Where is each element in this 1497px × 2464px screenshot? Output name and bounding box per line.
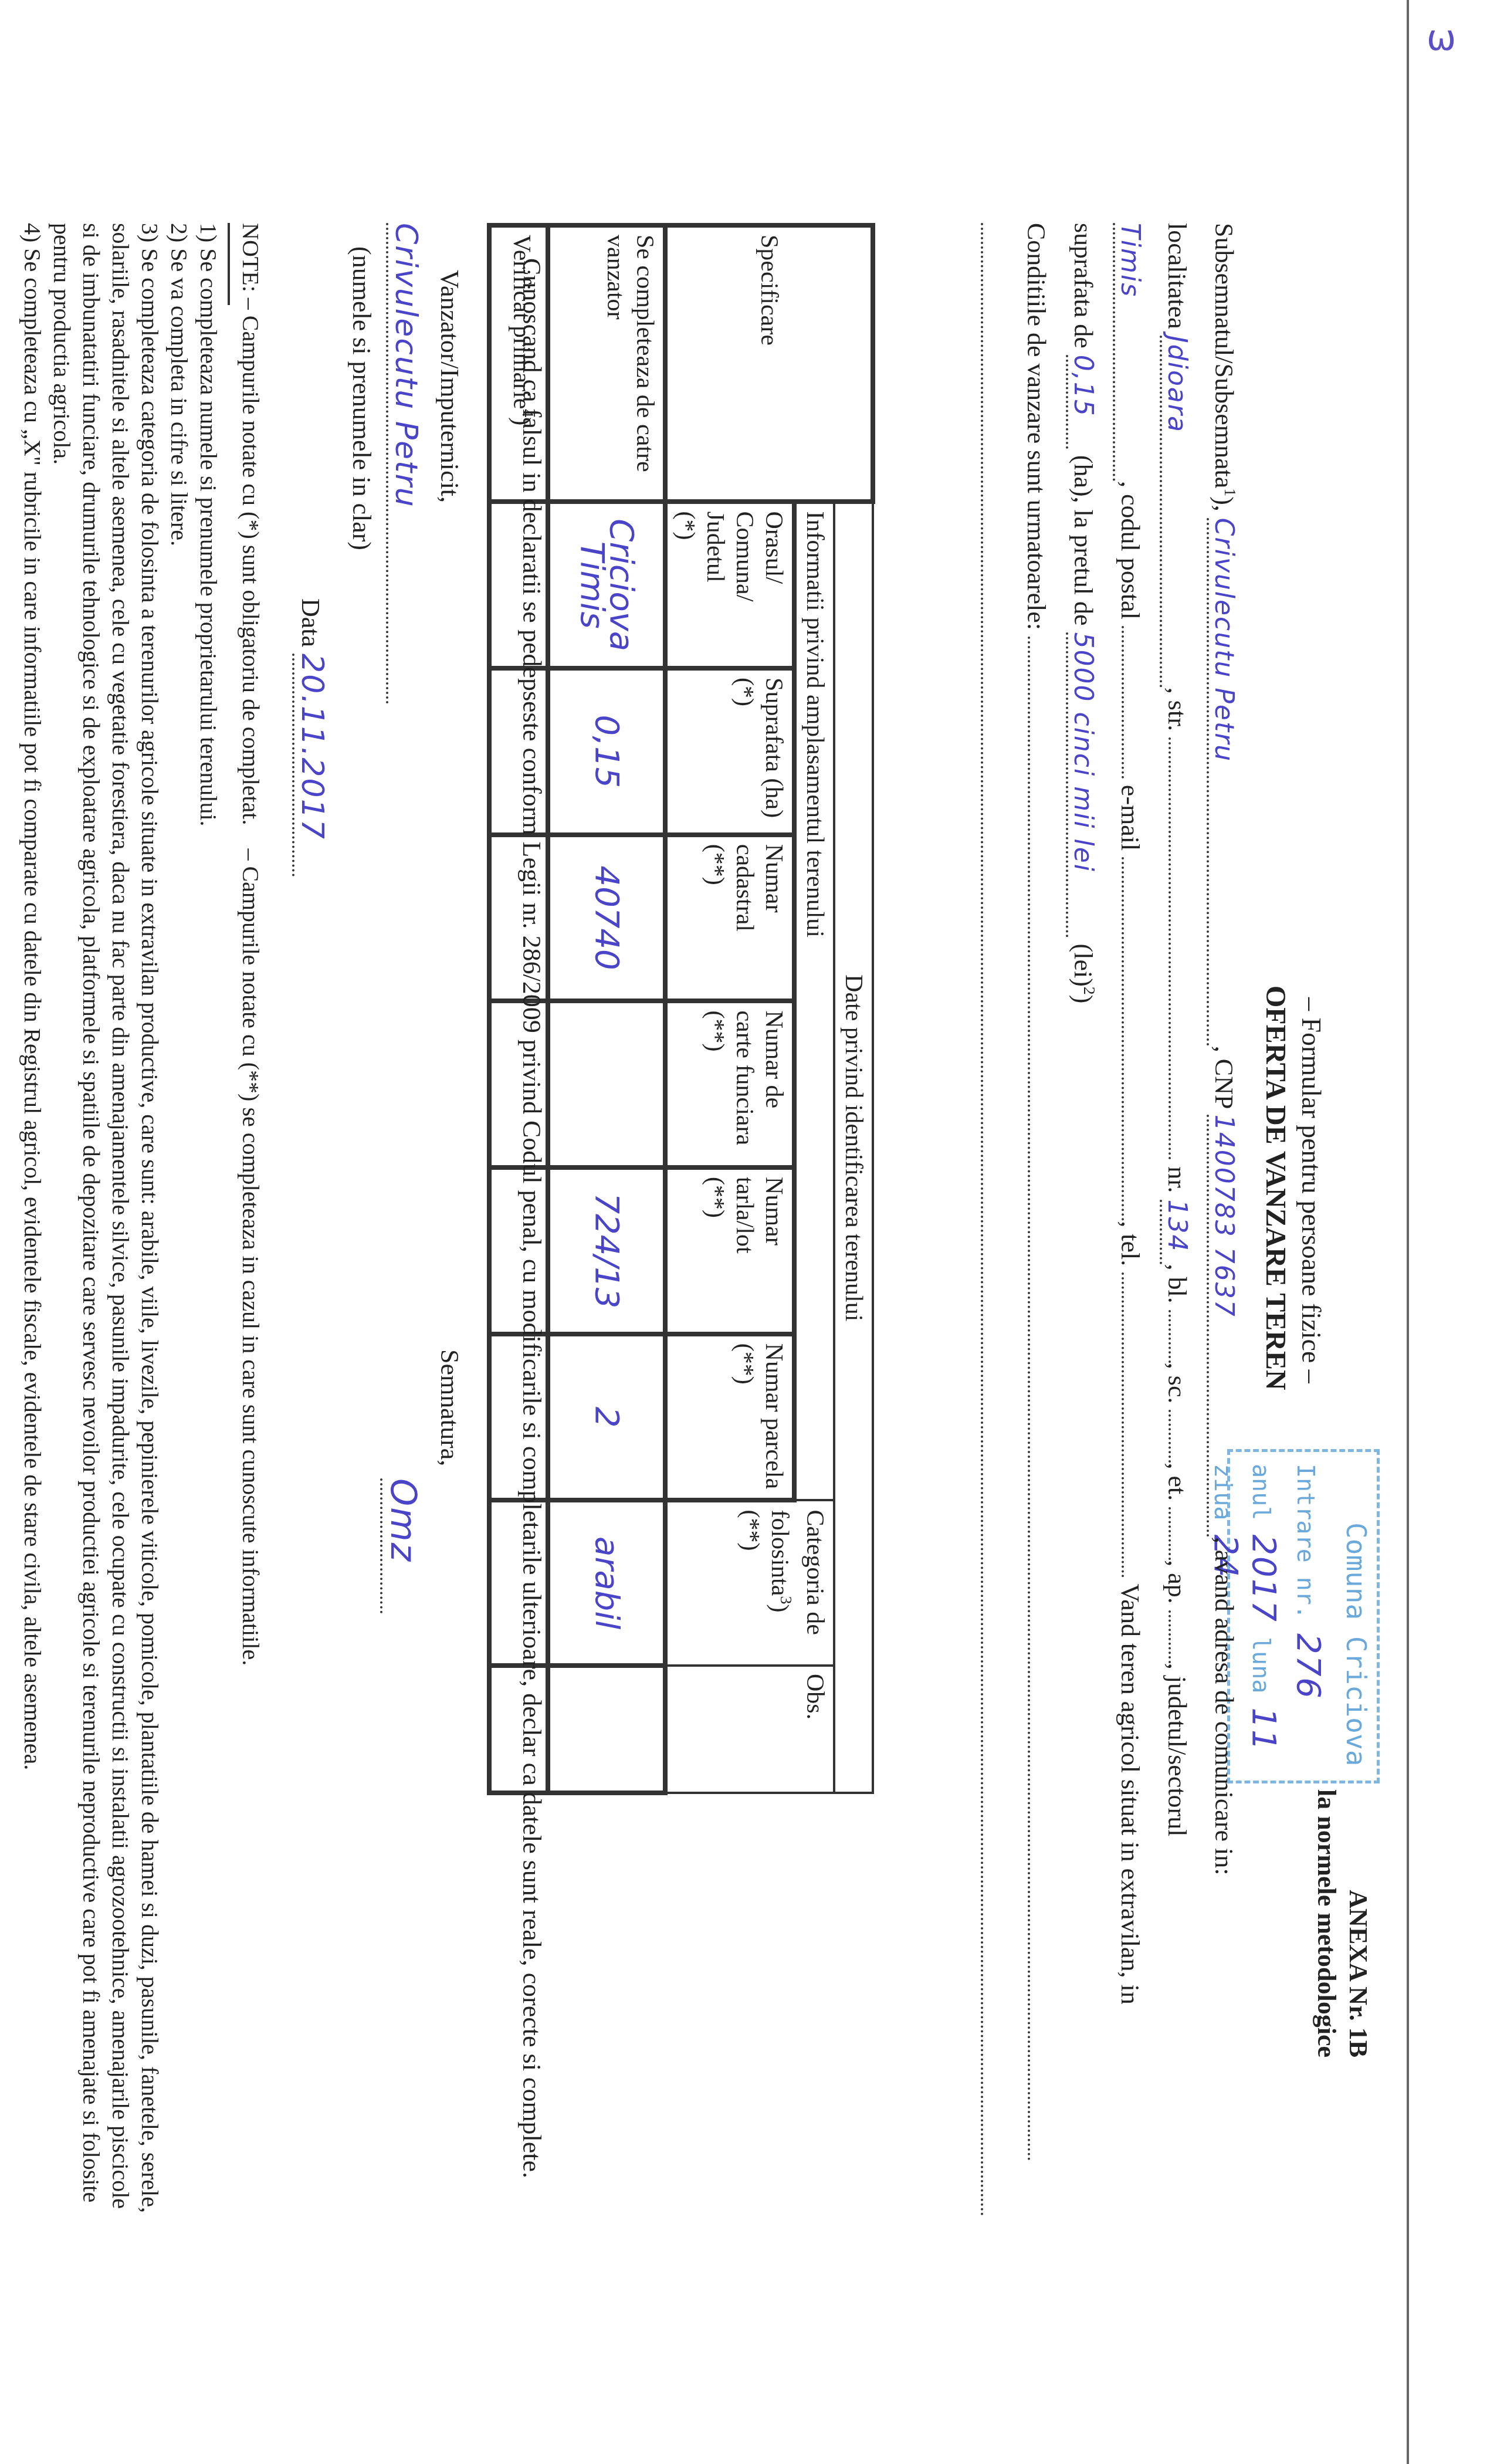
column-mark: (**) — [702, 844, 729, 885]
footnote-ref: 2 — [1080, 987, 1098, 995]
date-label: Data — [296, 598, 325, 647]
seller-line: Vanzator/Imputernicit, — [435, 270, 465, 503]
form-subtitle: – Formular pentru persoane fizice – — [1296, 997, 1327, 1383]
conditii-field-continued[interactable] — [981, 223, 983, 2218]
email-label: e-mail — [1116, 785, 1144, 851]
line-judet: Timis, codul postal e-mail , tel. Vand t… — [1113, 223, 1145, 2005]
tel-label: , tel. — [1116, 1221, 1144, 1266]
column-header: Categoria de folosinta3) (**) — [665, 1500, 834, 1666]
column-label: Numar cadastral — [731, 844, 787, 932]
column-header: Numar de carte funciara(**) — [665, 1001, 794, 1167]
cnp-label: CNP — [1210, 1059, 1238, 1108]
column-header: Obs. — [665, 1666, 834, 1793]
pret-field[interactable]: 5000 cinci mii lei — [1066, 632, 1098, 937]
vand-label: Vand teren agricol situat in extravilan,… — [1116, 1583, 1144, 2004]
table-cell[interactable] — [548, 1666, 665, 1793]
stamp-registration-number: 276 — [1289, 1633, 1327, 1700]
ap-field[interactable] — [1169, 1610, 1171, 1663]
footnote: 4) Se completeaza cu „X" rubricile in ca… — [18, 223, 47, 2218]
seller-caption: (numele si prenumele in clar) — [347, 246, 377, 550]
nr-label: nr. — [1163, 1166, 1191, 1193]
footnote-divider — [228, 223, 230, 305]
stamp-registration: Intrare nr. 276 — [1289, 1464, 1327, 1700]
ha-label: (ha), la pretul de — [1069, 455, 1098, 626]
table-cell[interactable]: 0,15 — [548, 668, 665, 835]
line-conditii-continued — [974, 223, 1004, 2218]
scan-edge-line — [1407, 0, 1409, 2464]
sc-label: , sc. — [1163, 1363, 1191, 1404]
registration-stamp: Comuna Criciova Intrare nr. 276 anul 201… — [1227, 1449, 1380, 1783]
stamp-month: 11 — [1245, 1707, 1283, 1751]
table-cell[interactable]: 40740 — [548, 835, 665, 1001]
corner-mark: ω — [1427, 18, 1456, 59]
notes-header: NOTE: – Campurile notate cu (*) sunt obl… — [236, 223, 265, 2218]
name-field[interactable]: Crivulecutu Petru — [1207, 518, 1239, 1046]
scanned-document-page: ω Comuna Criciova Intrare nr. 276 anul 2… — [0, 0, 1497, 2464]
seller-label: Vanzator/Imputernicit, — [435, 270, 464, 503]
et-label: , et. — [1163, 1463, 1191, 1501]
cod-postal-label: , codul postal — [1116, 481, 1144, 620]
location-header: Informatii privind amplasamentul terenul… — [794, 502, 834, 1500]
column-header: Numar tarla/lot(**) — [665, 1167, 794, 1334]
bl-label: , bl. — [1163, 1264, 1191, 1304]
date-row: Data 20.11.2017 — [292, 598, 330, 876]
annex-number: ANEXA Nr. 1B — [1342, 1789, 1374, 2057]
suprafata-field[interactable]: 0,15 — [1066, 355, 1098, 449]
stamp-registration-label: Intrare nr. — [1292, 1464, 1319, 1619]
annex-label: ANEXA Nr. 1B la normele metodologice — [1310, 1789, 1374, 2057]
line-localitatea: localitatea Jdioara, str. nr. 134, bl. ,… — [1160, 223, 1192, 1837]
nr-field[interactable]: 134 — [1160, 1200, 1192, 1264]
footnote: 1) Se completeaza numele si prenumele pr… — [194, 223, 223, 2218]
column-label: Orasul/ Comuna/ Judetul — [702, 511, 787, 601]
signature-line: Semnatura, — [435, 1349, 465, 1466]
signature-field[interactable]: Omz — [380, 1478, 424, 1613]
group-header: Date privind identificarea terenului — [834, 502, 873, 1793]
judet-field[interactable]: Timis — [1113, 223, 1145, 481]
str-field[interactable] — [1169, 737, 1171, 1160]
column-header: Suprafata (ha)(*) — [665, 668, 794, 835]
cnp-field[interactable]: 1400783 7637 — [1207, 1115, 1239, 1537]
localitatea-field[interactable]: Jdioara — [1160, 336, 1192, 688]
seller-name-field[interactable]: Crivulecutu Petru — [386, 223, 424, 704]
column-mark: (**) — [737, 1509, 764, 1551]
specificare-header: Specificare — [665, 225, 873, 502]
column-label: Categoria de folosinta — [766, 1509, 828, 1634]
localitatea-label: localitatea — [1163, 223, 1191, 329]
column-header: Numar cadastral(**) — [665, 835, 794, 1001]
conditii-label: Conditiile de vanzare sunt urmatoarele: — [1022, 223, 1051, 630]
declaration-text: Cunoscand ca falsul in declaratii se ped… — [516, 223, 547, 2218]
judet-label: , judetul/sectorul — [1163, 1663, 1191, 1837]
note-required: – Campurile notate cu (*) sunt obligator… — [238, 298, 264, 825]
column-mark: (*) — [731, 678, 758, 706]
lei-label: (lei) — [1069, 944, 1098, 987]
form-title: OFERTA DE VANZARE TEREN — [1259, 986, 1292, 1390]
column-mark: (*) — [672, 511, 699, 540]
tel-field[interactable] — [1122, 1272, 1124, 1578]
table-cell[interactable]: Criciova Timis — [548, 502, 665, 668]
table-cell[interactable]: 2 — [548, 1334, 665, 1501]
note-optional: – Campurile notate cu (**) se completeaz… — [238, 848, 264, 1666]
column-header: Numar parcela(**) — [665, 1334, 794, 1501]
column-header: Orasul/ Comuna/ Judetul(*) — [665, 502, 794, 668]
column-mark: (**) — [702, 1177, 729, 1218]
line-conditii: Conditiile de vanzare sunt urmatoarele: — [1021, 223, 1051, 2162]
stamp-year-label: anul — [1247, 1464, 1274, 1520]
column-label: Numar tarla/lot — [731, 1177, 787, 1254]
ap-label: , ap. — [1163, 1560, 1191, 1604]
subsemnatul-label: Subsemnatul/Subsemnata — [1210, 223, 1238, 488]
table-row: Se completeaza de catre vanzator Criciov… — [548, 225, 665, 1793]
date-field[interactable]: 20.11.2017 — [292, 654, 330, 876]
note-label: NOTE: — [238, 223, 264, 292]
footnote: 2) Se va completa in cifre si litere. — [164, 223, 194, 2218]
notes-section: NOTE: – Campurile notate cu (*) sunt obl… — [18, 223, 265, 2218]
row-label: Se completeaza de catre vanzator — [548, 225, 665, 502]
seller-name-row: Crivulecutu Petru — [386, 223, 424, 704]
table-cell[interactable]: arabil — [548, 1500, 665, 1666]
conditii-field[interactable] — [1028, 637, 1030, 2162]
cod-postal-field[interactable] — [1122, 626, 1124, 779]
table-cell[interactable]: 724/13 — [548, 1167, 665, 1334]
annex-reference: la normele metodologice — [1310, 1789, 1342, 2057]
line-suprafata: suprafata de 0,15 (ha), la pretul de 500… — [1066, 223, 1098, 1003]
et-field[interactable] — [1169, 1507, 1171, 1560]
footnote-ref: 1 — [1221, 488, 1239, 496]
stamp-month-label: luna — [1247, 1637, 1274, 1693]
table-cell[interactable] — [548, 1001, 665, 1167]
line-subsemnatul: Subsemnatul/Subsemnata1), Crivulecutu Pe… — [1207, 223, 1239, 1875]
signature-row: Omz — [380, 1478, 424, 1613]
suprafata-label: suprafata de — [1069, 223, 1098, 348]
bl-field[interactable] — [1169, 1310, 1171, 1363]
footnote-ref: 3 — [777, 1596, 795, 1604]
str-label: , str. — [1163, 688, 1191, 732]
column-mark: (**) — [731, 1343, 758, 1385]
sc-field[interactable] — [1169, 1410, 1171, 1463]
footnote: 3) Se completeaza categoria de folosinta… — [47, 223, 164, 2218]
stamp-institution: Comuna Criciova — [1340, 1522, 1372, 1766]
address-label: , avand adresa de comunicare in: — [1210, 1537, 1238, 1876]
email-field[interactable] — [1122, 857, 1124, 1221]
signature-label: Semnatura, — [435, 1349, 464, 1466]
column-label: Numar parcela — [760, 1343, 787, 1489]
column-label: Suprafata (ha) — [760, 678, 787, 818]
column-mark: (**) — [702, 1010, 729, 1051]
column-label: Numar de carte funciara — [731, 1010, 787, 1145]
stamp-year: 2017 — [1245, 1534, 1283, 1623]
